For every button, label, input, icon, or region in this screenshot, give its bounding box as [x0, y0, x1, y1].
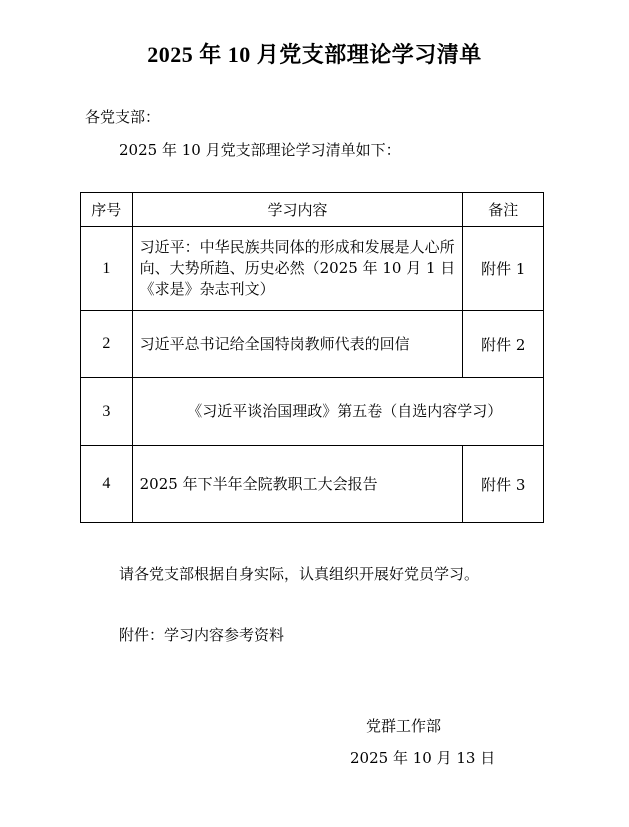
header-no: 序号 [81, 193, 133, 227]
row-content: 习近平总书记给全国特岗教师代表的回信 [132, 311, 463, 378]
header-note: 备注 [463, 193, 544, 227]
study-list-table: 序号 学习内容 备注 1 习近平：中华民族共同体的形成和发展是人心所向、大势所趋… [80, 192, 544, 523]
row-note: 附件 2 [463, 311, 544, 378]
row-content: 2025 年下半年全院教职工大会报告 [132, 446, 463, 523]
row-note: 附件 1 [463, 227, 544, 311]
signer-department: 党群工作部 [366, 716, 441, 736]
table-row: 3 《习近平谈治国理政》第五卷（自选内容学习） [81, 378, 544, 446]
document-title: 2025 年 10 月党支部理论学习清单 [0, 40, 629, 70]
header-content: 学习内容 [132, 193, 463, 227]
salutation: 各党支部： [85, 107, 160, 127]
table-row: 1 习近平：中华民族共同体的形成和发展是人心所向、大势所趋、历史必然（2025 … [81, 227, 544, 311]
row-content: 《习近平谈治国理政》第五卷（自选内容学习） [132, 378, 543, 446]
row-no: 2 [81, 311, 133, 378]
row-note: 附件 3 [463, 446, 544, 523]
row-no: 3 [81, 378, 133, 446]
attachment-note: 附件：学习内容参考资料 [119, 625, 284, 645]
intro-paragraph: 2025 年 10 月党支部理论学习清单如下： [119, 140, 401, 160]
table-header-row: 序号 学习内容 备注 [81, 193, 544, 227]
issue-date: 2025 年 10 月 13 日 [350, 748, 495, 768]
row-no: 4 [81, 446, 133, 523]
table-row: 2 习近平总书记给全国特岗教师代表的回信 附件 2 [81, 311, 544, 378]
row-content: 习近平：中华民族共同体的形成和发展是人心所向、大势所趋、历史必然（2025 年 … [132, 227, 463, 311]
closing-paragraph: 请各党支部根据自身实际，认真组织开展好党员学习。 [119, 564, 479, 584]
row-no: 1 [81, 227, 133, 311]
table-row: 4 2025 年下半年全院教职工大会报告 附件 3 [81, 446, 544, 523]
